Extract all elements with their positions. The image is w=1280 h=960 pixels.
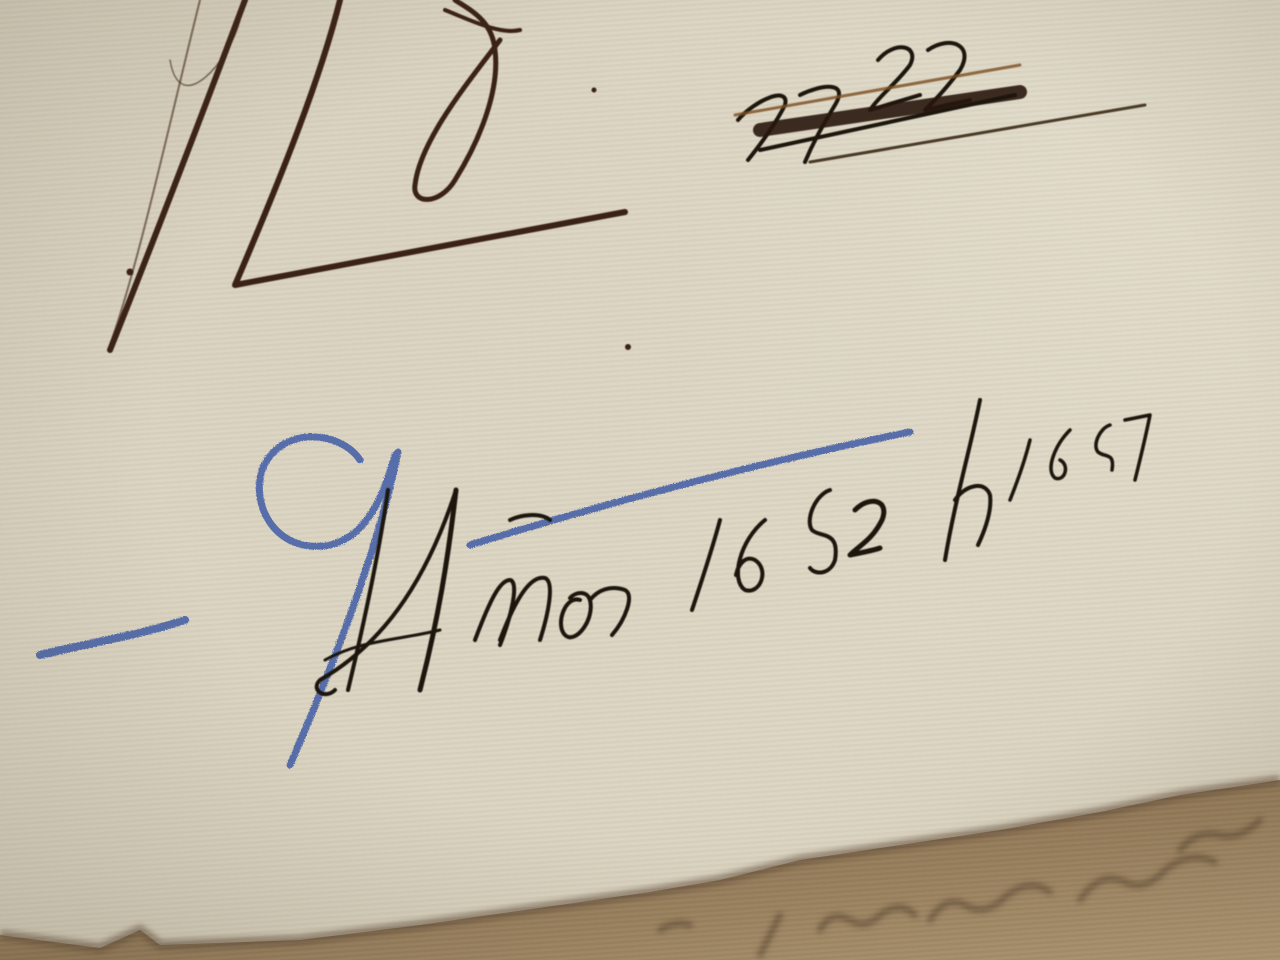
ink-layer <box>0 0 1280 960</box>
document-photo: N° 122 Anno 1652 h 1657 9 – …fecta delan… <box>0 0 1280 960</box>
n-ordinal-mark <box>110 0 631 350</box>
struck-number-122 <box>735 43 1145 162</box>
main-inscription <box>317 400 1150 694</box>
blue-pencil-marks <box>40 432 910 765</box>
